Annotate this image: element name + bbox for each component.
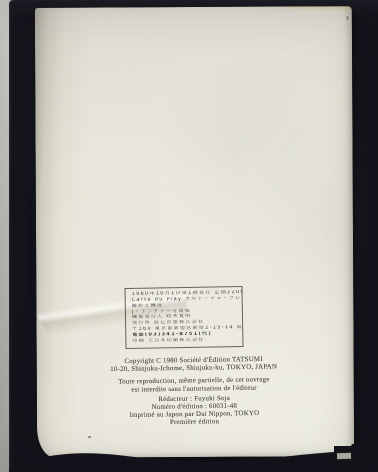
colophon-box: 1980年10月1日第1刷発行 定価2200円 Carte du Play カル… <box>124 286 243 349</box>
paper-speck <box>88 436 91 438</box>
imprint-block: Copyright C 1980 Société d'Édition TATSU… <box>93 354 294 433</box>
paper-speck <box>346 16 349 20</box>
imprint-lines: Copyright C 1980 Société d'Édition TATSU… <box>93 354 294 427</box>
colophon-lines: 1980年10月1日第1刷発行 定価2200円 Carte du Play カル… <box>132 290 243 345</box>
colophon-line: 印刷 大日本印刷株式会社 <box>132 337 242 345</box>
